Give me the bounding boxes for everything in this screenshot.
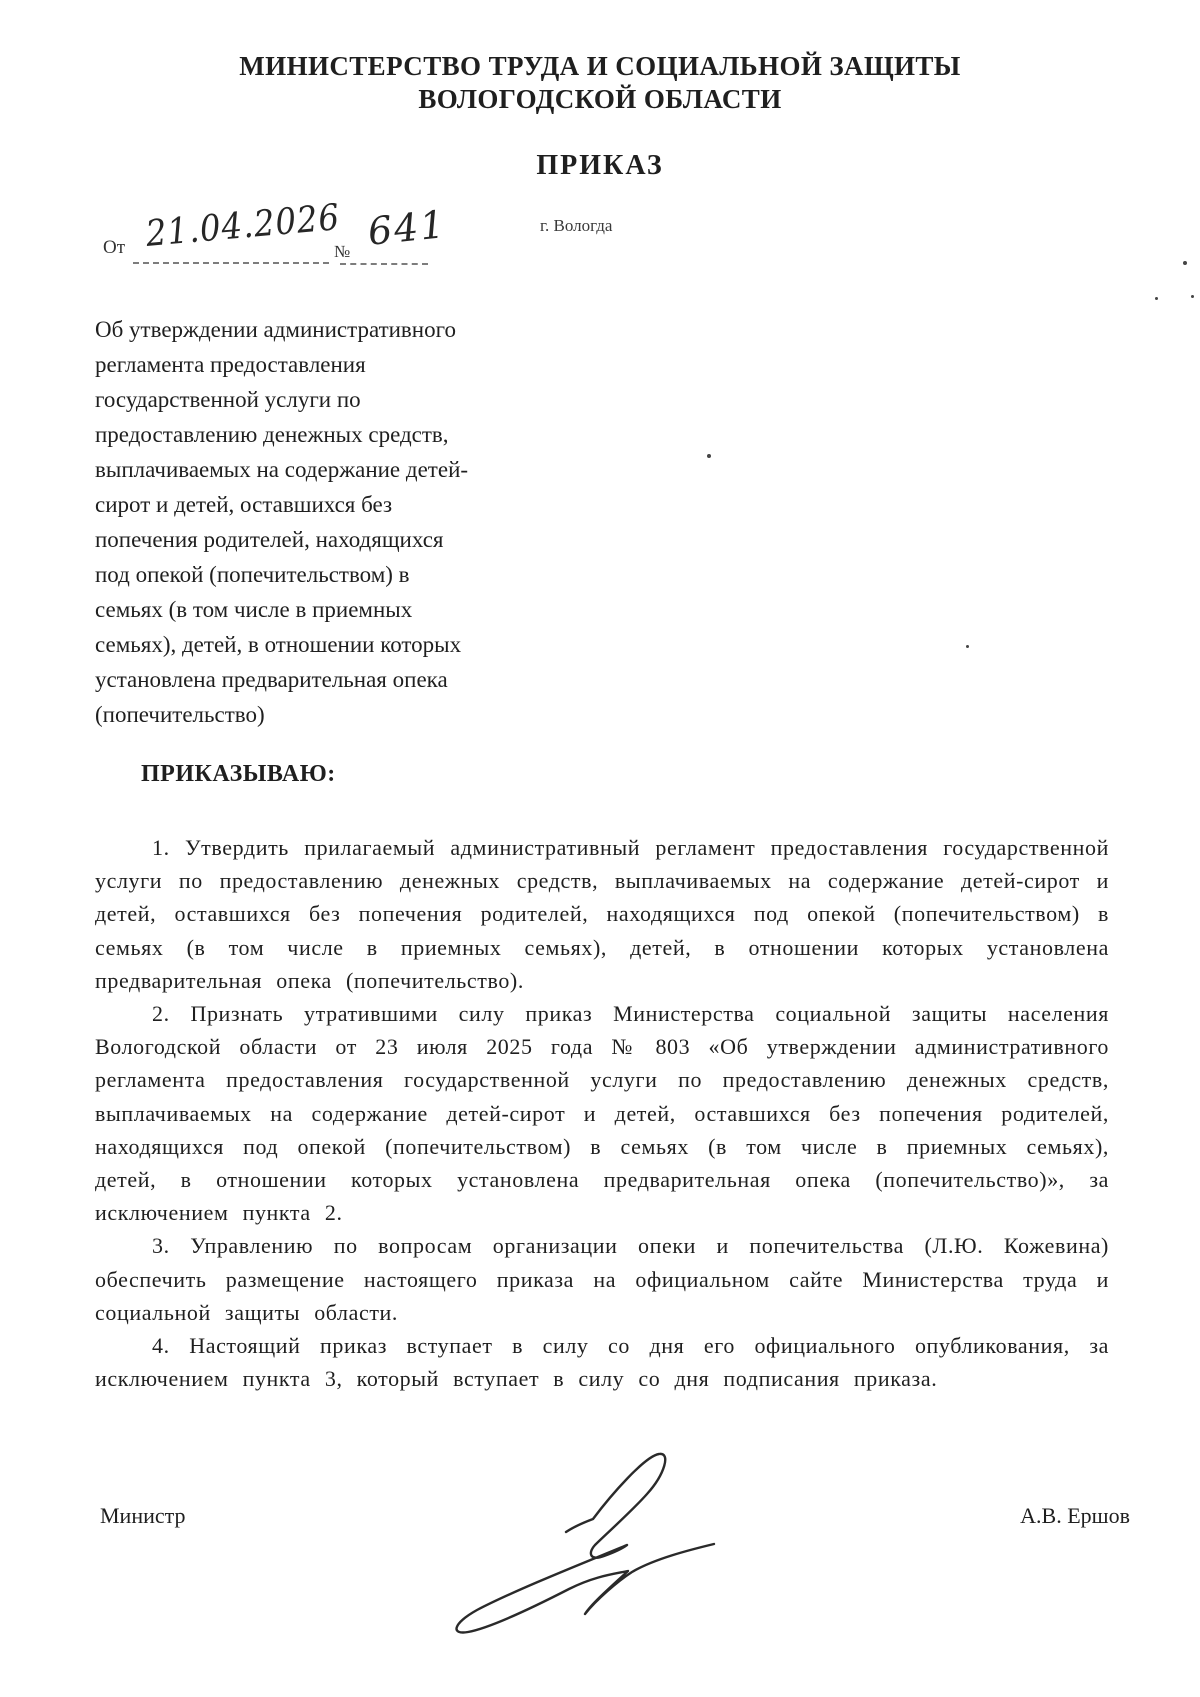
subject-line: семьях), детей, в отношении которых	[95, 627, 468, 662]
scan-speck	[1191, 295, 1194, 298]
subject-line: сирот и детей, оставшихся без	[95, 487, 468, 522]
order-paragraph-1: 1. Утвердить прилагаемый административны…	[95, 831, 1109, 997]
scan-speck	[966, 645, 969, 648]
subject-line: выплачиваемых на содержание детей-	[95, 452, 468, 487]
subject-line: попечения родителей, находящихся	[95, 522, 468, 557]
subject-line: под опекой (попечительством) в	[95, 557, 468, 592]
handwritten-date: 21.04.2026	[144, 197, 341, 255]
number-underline	[340, 263, 428, 265]
scan-speck	[1155, 297, 1158, 300]
ministry-name-line1: МИНИСТЕРСТВО ТРУДА И СОЦИАЛЬНОЙ ЗАЩИТЫ	[0, 50, 1200, 83]
subject-line: предоставлению денежных средств,	[95, 417, 468, 452]
signer-name: А.В. Ершов	[1020, 1503, 1130, 1529]
subject-line: установлена предварительная опека	[95, 662, 468, 697]
scan-speck	[707, 454, 711, 458]
date-label: От	[103, 237, 125, 259]
subject-line: регламента предоставления	[95, 347, 468, 382]
signer-title: Министр	[100, 1503, 186, 1529]
date-underline	[133, 262, 329, 264]
subject-line: семьях (в том числе в приемных	[95, 592, 468, 627]
document-type-title: ПРИКАЗ	[0, 150, 1200, 182]
order-paragraph-2: 2. Признать утратившими силу приказ Мини…	[95, 997, 1109, 1229]
city-label: г. Вологда	[540, 216, 612, 236]
subject-line: (попечительство)	[95, 697, 468, 732]
handwritten-number: 641	[366, 202, 449, 254]
subject-line: Об утверждении административного	[95, 312, 468, 347]
order-subject: Об утверждении административного регламе…	[95, 312, 468, 732]
handwritten-signature-icon	[438, 1438, 738, 1658]
ministry-name-line2: ВОЛОГОДСКОЙ ОБЛАСТИ	[0, 83, 1200, 116]
order-paragraph-4: 4. Настоящий приказ вступает в силу со д…	[95, 1329, 1109, 1395]
order-paragraph-3: 3. Управлению по вопросам организации оп…	[95, 1229, 1109, 1329]
scanned-order-document: МИНИСТЕРСТВО ТРУДА И СОЦИАЛЬНОЙ ЗАЩИТЫ В…	[0, 0, 1200, 1697]
order-body: 1. Утвердить прилагаемый административны…	[95, 831, 1109, 1395]
subject-line: государственной услуги по	[95, 382, 468, 417]
number-label: №	[334, 242, 350, 262]
resolution-word: ПРИКАЗЫВАЮ:	[141, 761, 336, 788]
scan-speck	[1183, 261, 1187, 265]
ministry-header: МИНИСТЕРСТВО ТРУДА И СОЦИАЛЬНОЙ ЗАЩИТЫ В…	[0, 50, 1200, 116]
